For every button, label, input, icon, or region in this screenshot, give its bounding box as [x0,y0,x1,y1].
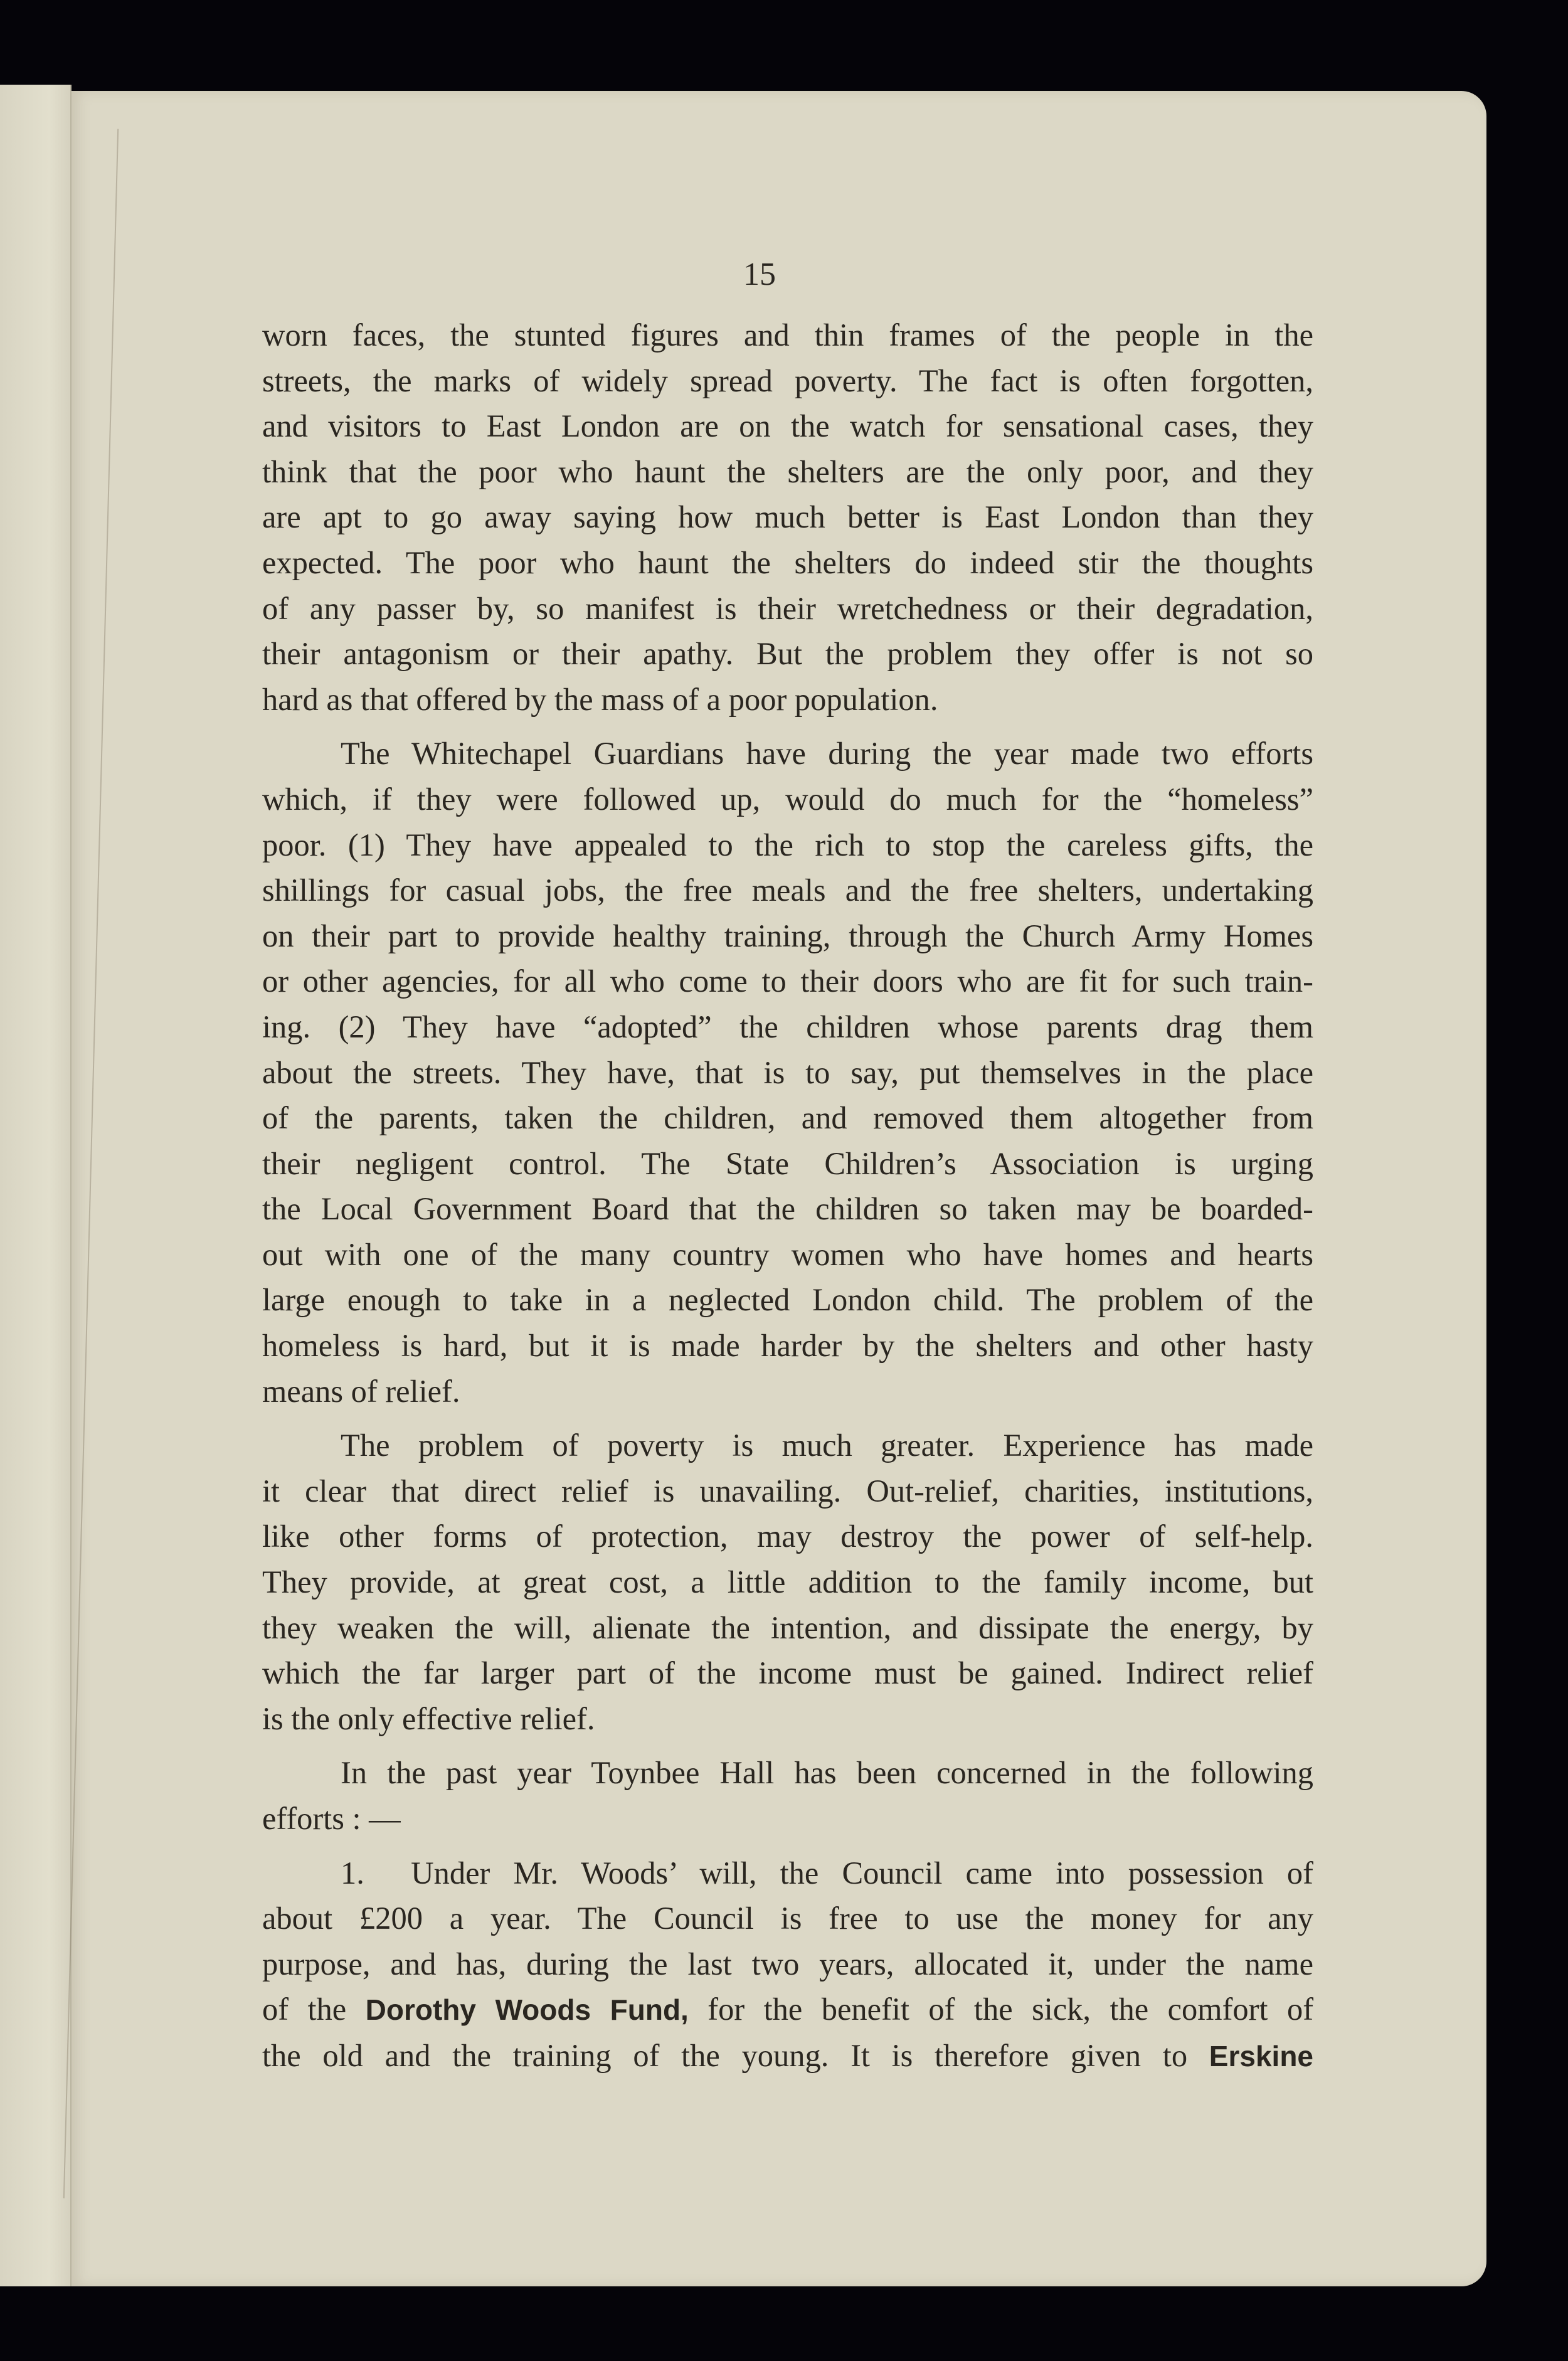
text-line: They provide, at great cost, a little ad… [262,1559,1313,1605]
text-line: like other forms of protection, may dest… [262,1514,1313,1559]
list-marker: 1. [341,1855,364,1891]
text-line: which, if they were followed up, would d… [262,777,1313,822]
text-line: which the far larger part of the income … [262,1650,1313,1696]
paragraph-2: The Whitechapel Guardians have during th… [262,731,1313,1414]
text-segment: for the benefit of the sick, the comfort… [707,1992,1313,2027]
body-text: worn faces, the stunted figures and thin… [262,312,1313,2079]
paper-crease [63,129,119,2199]
text-line: shillings for casual jobs, the free meal… [262,867,1313,913]
text-line: the Local Government Board that the chil… [262,1186,1313,1232]
text-line: it clear that direct relief is unavailin… [262,1468,1313,1514]
text-segment: of the [262,1992,346,2027]
text-line: purpose, and has, during the last two ye… [262,1941,1313,1987]
text-line: about the streets. They have, that is to… [262,1050,1313,1096]
page-number: 15 [743,256,776,293]
text-segment: Under Mr. Woods’ will, the Council came … [411,1855,1313,1891]
text-segment: the old and the training of the young. I… [262,2038,1187,2073]
text-line: The problem of poverty is much greater. … [262,1423,1313,1468]
paragraph-spacer [262,722,1313,731]
text-line: hard as that offered by the mass of a po… [262,677,1313,723]
text-line: streets, the marks of widely spread pove… [262,358,1313,404]
paragraph-3: The problem of poverty is much greater. … [262,1423,1313,1741]
paragraph-spacer [262,1414,1313,1423]
text-line: is the only effective relief. [262,1696,1313,1742]
text-line: homeless is hard, but it is made harder … [262,1323,1313,1369]
text-line: the old and the training of the young. I… [262,2033,1313,2079]
text-line: worn faces, the stunted figures and thin… [262,312,1313,358]
text-line: expected. The poor who haunt the shelter… [262,540,1313,586]
text-line: are apt to go away saying how much bette… [262,494,1313,540]
text-line: ing. (2) They have “adopted” the childre… [262,1004,1313,1050]
text-line: In the past year Toynbee Hall has been c… [262,1750,1313,1796]
text-line: of the parents, taken the children, and … [262,1095,1313,1141]
text-line: think that the poor who haunt the shelte… [262,449,1313,495]
paragraph-spacer [262,1842,1313,1850]
paragraph-1: worn faces, the stunted figures and thin… [262,312,1313,722]
text-line: of any passer by, so manifest is their w… [262,586,1313,632]
text-line: efforts : — [262,1796,1313,1842]
text-line: 1. Under Mr. Woods’ will, the Council ca… [262,1850,1313,1896]
text-line: poor. (1) They have appealed to the rich… [262,822,1313,868]
facing-page-edge [0,85,72,2286]
text-line: about £200 a year. The Council is free t… [262,1896,1313,1941]
text-line: The Whitechapel Guardians have during th… [262,731,1313,777]
text-line: and visitors to East London are on the w… [262,403,1313,449]
text-line: of the Dorothy Woods Fund, for the benef… [262,1987,1313,2033]
text-line: large enough to take in a neglected Lond… [262,1277,1313,1323]
text-line: or other agencies, for all who come to t… [262,958,1313,1004]
text-line: their antagonism or their apathy. But th… [262,631,1313,677]
paragraph-spacer [262,1741,1313,1750]
text-line: they weaken the will, alienate the inten… [262,1605,1313,1651]
fund-name-bold: Dorothy Woods Fund, [366,1993,689,2026]
name-bold: Erskine [1209,2040,1313,2072]
text-line: their negligent control. The State Child… [262,1141,1313,1187]
text-line: out with one of the many country women w… [262,1232,1313,1278]
list-item-1: 1. Under Mr. Woods’ will, the Council ca… [262,1850,1313,2079]
text-line: means of relief. [262,1369,1313,1414]
paragraph-4: In the past year Toynbee Hall has been c… [262,1750,1313,1841]
text-line: on their part to provide healthy trainin… [262,913,1313,959]
